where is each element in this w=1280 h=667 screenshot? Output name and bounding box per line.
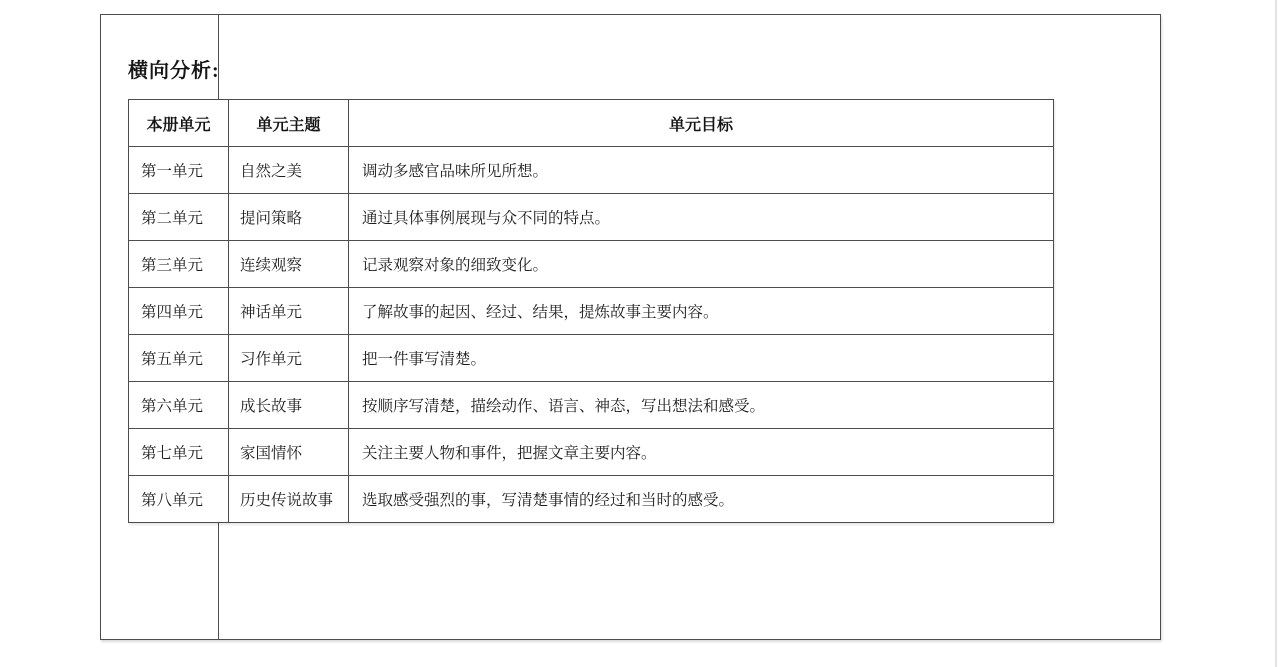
cell-unit: 第四单元 — [129, 288, 229, 335]
cell-unit: 第八单元 — [129, 476, 229, 523]
cell-goal: 按顺序写清楚，描绘动作、语言、神态，写出想法和感受。 — [349, 382, 1054, 429]
cell-goal: 调动多感官品味所见所想。 — [349, 147, 1054, 194]
header-cell-theme: 单元主题 — [229, 100, 349, 147]
cell-goal: 把一件事写清楚。 — [349, 335, 1054, 382]
header-cell-unit: 本册单元 — [129, 100, 229, 147]
cell-theme: 神话单元 — [229, 288, 349, 335]
cell-goal: 了解故事的起因、经过、结果，提炼故事主要内容。 — [349, 288, 1054, 335]
table-header-row: 本册单元 单元主题 单元目标 — [129, 100, 1054, 147]
unit-analysis-table: 本册单元 单元主题 单元目标 第一单元 自然之美 调动多感官品味所见所想。 第二… — [128, 99, 1054, 523]
table-row: 第三单元 连续观察 记录观察对象的细致变化。 — [129, 241, 1054, 288]
cell-theme: 提问策略 — [229, 194, 349, 241]
table-row: 第五单元 习作单元 把一件事写清楚。 — [129, 335, 1054, 382]
table-row: 第六单元 成长故事 按顺序写清楚，描绘动作、语言、神态，写出想法和感受。 — [129, 382, 1054, 429]
table-row: 第七单元 家国情怀 关注主要人物和事件，把握文章主要内容。 — [129, 429, 1054, 476]
cell-theme: 习作单元 — [229, 335, 349, 382]
header-cell-goal: 单元目标 — [349, 100, 1054, 147]
cell-unit: 第五单元 — [129, 335, 229, 382]
cell-goal: 通过具体事例展现与众不同的特点。 — [349, 194, 1054, 241]
table-row: 第四单元 神话单元 了解故事的起因、经过、结果，提炼故事主要内容。 — [129, 288, 1054, 335]
cell-unit: 第七单元 — [129, 429, 229, 476]
page-edge-shadow — [1275, 0, 1277, 667]
cell-unit: 第二单元 — [129, 194, 229, 241]
table-row: 第二单元 提问策略 通过具体事例展现与众不同的特点。 — [129, 194, 1054, 241]
cell-theme: 连续观察 — [229, 241, 349, 288]
cell-unit: 第一单元 — [129, 147, 229, 194]
section-heading: 横向分析: — [128, 54, 220, 83]
table-row: 第八单元 历史传说故事 选取感受强烈的事，写清楚事情的经过和当时的感受。 — [129, 476, 1054, 523]
cell-unit: 第三单元 — [129, 241, 229, 288]
cell-theme: 家国情怀 — [229, 429, 349, 476]
cell-theme: 历史传说故事 — [229, 476, 349, 523]
cell-goal: 关注主要人物和事件，把握文章主要内容。 — [349, 429, 1054, 476]
cell-goal: 记录观察对象的细致变化。 — [349, 241, 1054, 288]
cell-unit: 第六单元 — [129, 382, 229, 429]
table-row: 第一单元 自然之美 调动多感官品味所见所想。 — [129, 147, 1054, 194]
cell-goal: 选取感受强烈的事，写清楚事情的经过和当时的感受。 — [349, 476, 1054, 523]
cell-theme: 自然之美 — [229, 147, 349, 194]
cell-theme: 成长故事 — [229, 382, 349, 429]
